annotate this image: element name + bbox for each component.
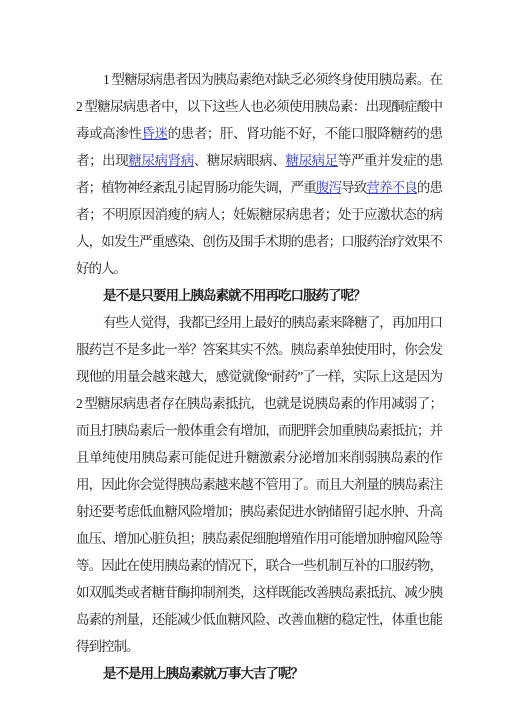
text-run: 是不是只要用上胰岛素就不用再吃口服药了呢？ [103, 288, 366, 303]
hyperlink[interactable]: 糖尿病足 [286, 153, 338, 168]
body-paragraph: 1 型糖尿病患者因为胰岛素绝对缺乏必须终身使用胰岛素。在 2 型糖尿病患者中，以… [76, 66, 442, 282]
hyperlink[interactable]: 昏迷 [141, 126, 167, 141]
text-run: 导致 [341, 180, 366, 195]
text-run: 是不是用上胰岛素就万事大吉了呢？ [103, 666, 303, 681]
document-page: 1 型糖尿病患者因为胰岛素绝对缺乏必须终身使用胰岛素。在 2 型糖尿病患者中，以… [0, 0, 508, 720]
hyperlink[interactable]: 营养不良 [366, 180, 417, 195]
hyperlink[interactable]: 腹泻 [316, 180, 341, 195]
body-paragraph: 有些人觉得，我都已经用上最好的胰岛素来降糖了，再加用口服药岂不是多此一举？答案其… [76, 309, 442, 660]
document-body: 1 型糖尿病患者因为胰岛素绝对缺乏必须终身使用胰岛素。在 2 型糖尿病患者中，以… [76, 66, 442, 687]
hyperlink[interactable]: 糖尿病肾病 [128, 153, 193, 168]
section-heading: 是不是用上胰岛素就万事大吉了呢？ [76, 660, 442, 687]
section-heading: 是不是只要用上胰岛素就不用再吃口服药了呢？ [76, 282, 442, 309]
text-run: 、糖尿病眼病、 [194, 153, 286, 168]
text-run: 有些人觉得，我都已经用上最好的胰岛素来降糖了，再加用口服药岂不是多此一举？答案其… [76, 315, 442, 654]
